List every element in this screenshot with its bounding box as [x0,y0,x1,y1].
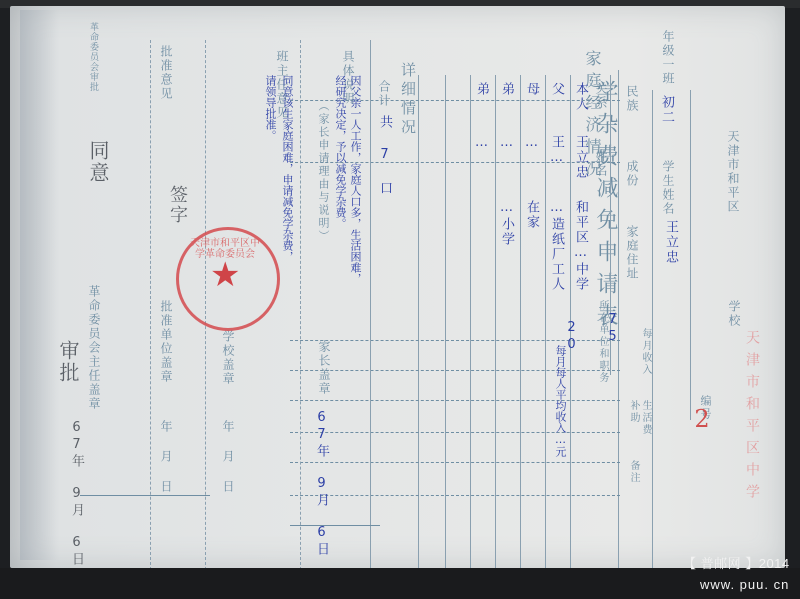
explanation-line1: 因父亲一人工作，家庭人口多，生活困难， [350,75,361,284]
row-relation-4: 弟 [475,82,488,97]
grid-line [290,400,620,401]
grid-line [445,75,446,575]
household-label: 详细情况 [400,62,415,138]
parent-sign-date: 67年 9月 6日 [315,410,328,557]
grid-line [290,432,620,433]
school-stamp-label: 学校盖章 [222,330,234,386]
row-relation-3: 弟 [500,82,513,97]
approval-stamp-label: 批准单位盖章 [160,300,172,384]
grid-line [290,462,620,463]
row-unit-3: …小学 [500,200,513,247]
col-header-note: 备注 [628,460,638,484]
approval-label: 批准意见 [160,45,172,101]
grid-line [370,40,371,570]
total-value: 共 7 口 [378,115,391,196]
grid-line [290,525,380,526]
serial-number: 2 [690,405,714,435]
school-label: 学校 [728,300,740,328]
grid-line [150,40,151,570]
grid-line [80,495,210,496]
teacher-signature: 签字 [168,185,186,225]
director-stamp-label: 革命委员会主任盖章 [88,285,100,411]
district-name: 天津市和平区 [727,130,739,214]
watermark-label: 【 普邮网 】2014 [683,553,790,572]
total-label: 合计 [378,80,390,108]
grid-line [290,495,620,496]
grid-line [520,75,521,575]
grid-line [300,40,301,570]
parent-sign-label: 家长盖章 [318,340,330,396]
col-header-name: 姓名 [595,150,607,178]
grid-line [418,75,419,575]
grid-line [470,75,471,575]
grid-line [690,90,691,420]
row-unit-2: 在家 [525,200,538,230]
watermark-url: www. puu. cn [700,577,789,592]
row-name-4: … [475,135,488,152]
grid-line [290,370,620,371]
row-name-3: … [500,135,513,152]
photo-frame-bottom [0,568,800,599]
col-header-living: 生活费 [640,400,650,436]
row-relation-2: 母 [525,82,538,97]
paper-shadow [20,10,60,560]
class-label: 年级一班 [662,30,674,86]
monthly-note: 每月每人平均收入…元 [555,345,566,457]
director-note-1: 革命委员会审批 [88,22,97,92]
col-header-subsidy: 补助 [628,400,638,424]
explanation-line2: 经研究决定，予以减免学杂费。 [335,75,346,229]
col-header-income: 每月收入 [640,328,650,376]
ethnicity-label: 民族 [626,85,638,113]
document-paper [10,6,785,568]
origin-label: 成份 [626,160,638,188]
school-stamp-date: 年 月 日 [222,420,234,494]
teacher-opinion-line1: 同意该生家庭困难，申请减免学杂费， [282,75,293,262]
student-name-label: 学生姓名 [662,160,674,216]
row-unit-1: …造纸厂工人 [550,200,563,292]
teacher-opinion-line2: 请领导批准。 [265,75,276,141]
director-handwritten-left: 同意 [88,140,108,184]
row-name-0: 王立忠 [574,135,587,180]
row-relation-0: 本人 [574,82,587,112]
row-relation-1: 父 [550,82,563,97]
row-unit-0: 和平区…中学 [574,200,587,292]
director-date: 67年 9月 6日 [70,420,83,567]
row-name-2: … [525,135,538,152]
grid-line [545,75,546,575]
grid-line [495,75,496,575]
address-label: 家庭住址 [626,225,638,281]
class-value: 初二 [660,95,673,125]
explanation-note: （家长申请理由与说明） [318,100,329,243]
star-icon: ★ [210,258,240,292]
col-header-relation: 关系 [595,82,607,110]
approval-date: 年 月 日 [160,420,172,494]
grid-line [652,90,653,580]
director-signature: 审批 [58,340,78,384]
student-name-value: 王立忠 [664,220,677,265]
side-stamp-text: 天津市和平区中学 [745,330,759,506]
